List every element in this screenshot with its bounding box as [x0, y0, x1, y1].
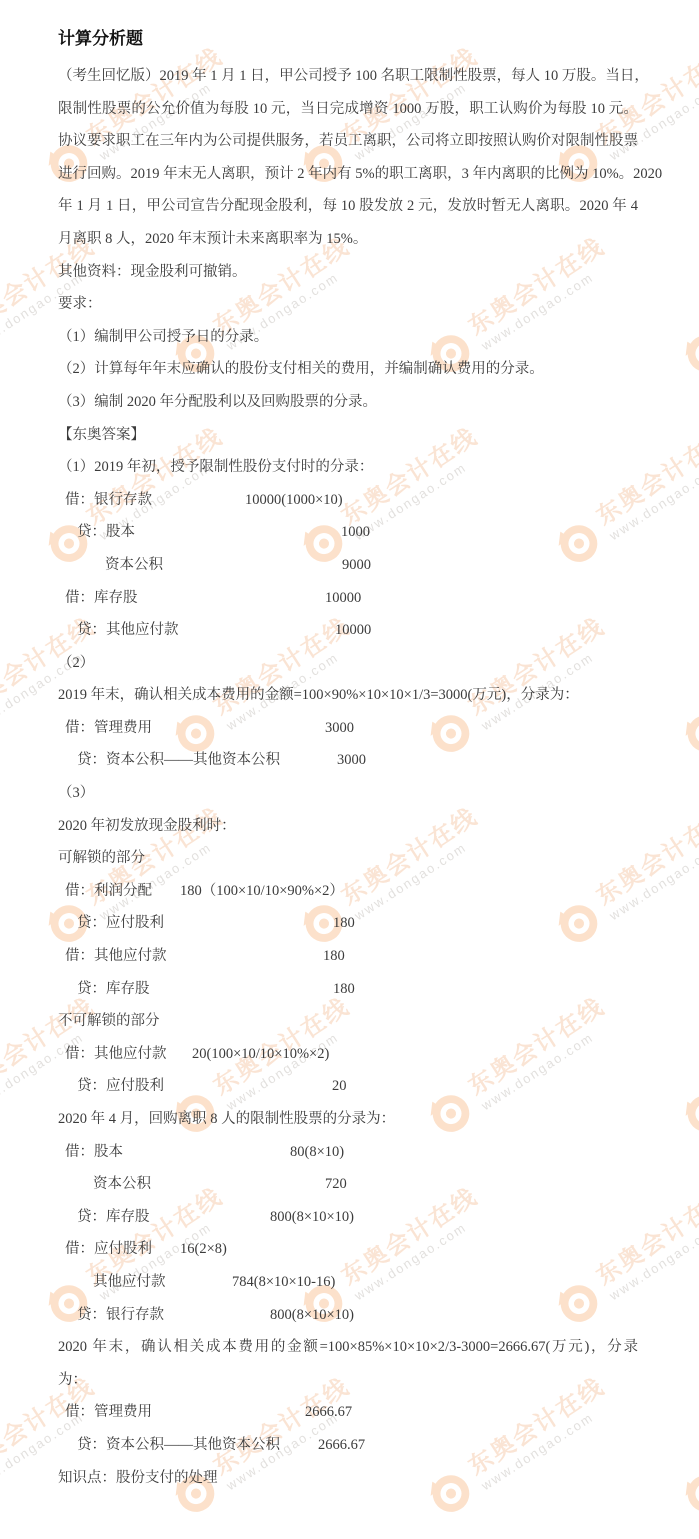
journal-account-label: 借：应付股利	[65, 1241, 152, 1257]
journal-account-label: 借：其他应付款	[65, 1046, 167, 1062]
problem-paragraph-line: 年 1 月 1 日，甲公司宣告分配现金股利，每 10 股发放 2 元，发放时暂无…	[0, 190, 699, 223]
journal-amount: 16(2×8)	[180, 1233, 227, 1266]
problem-paragraph-line: 协议要求职工在三年内为公司提供服务，若员工离职，公司将立即按照认购价对限制性股票	[0, 125, 699, 158]
journal-row: 其他应付款 784(8×10×10-16)	[0, 1266, 699, 1299]
journal-row: 借：银行存款 10000(1000×10)	[0, 484, 699, 517]
journal-amount: 2666.67	[318, 1429, 365, 1462]
journal-row: 贷：应付股利 20	[0, 1070, 699, 1103]
calc-2020-line1: 2020 年末，确认相关成本费用的金额=100×85%×10×10×2/3-30…	[0, 1331, 699, 1364]
journal-amount: 10000(1000×10)	[245, 484, 343, 517]
journal-account-label: 贷：股本	[77, 524, 135, 540]
journal-row: 借：利润分配 180（100×10/10×90%×2）	[0, 875, 699, 908]
journal-row: 贷：股本 1000	[0, 516, 699, 549]
journal-account-label: 贷：资本公积——其他资本公积	[77, 752, 280, 768]
journal-row: 借：库存股 10000	[0, 582, 699, 615]
journal-row: 借：管理费用 3000	[0, 712, 699, 745]
journal-amount: 9000	[342, 549, 371, 582]
watermark-tile: 东奥会计在线www.dongao.com	[156, 0, 387, 14]
journal-row: 贷：库存股 800(8×10×10)	[0, 1201, 699, 1234]
requirement-item: （2）计算每年年末应确认的股份支付相关的费用，并编制确认费用的分录。	[0, 353, 699, 386]
journal-row: 借：其他应付款 180	[0, 940, 699, 973]
dongao-logo-icon	[418, 0, 479, 3]
problem-paragraph-line: 进行回购。2019 年末无人离职，预计 2 年内有 5%的职工离职，3 年内离职…	[0, 158, 699, 191]
journal-account-label: 贷：资本公积——其他资本公积	[77, 1437, 280, 1453]
journal-amount: 3000	[325, 712, 354, 745]
journal-row: 贷：银行存款 800(8×10×10)	[0, 1299, 699, 1332]
answer-header: 【东奥答案】	[0, 419, 699, 452]
journal-row: 贷：资本公积——其他资本公积 3000	[0, 744, 699, 777]
journal-account-label: 借：其他应付款	[65, 948, 167, 964]
repurchase-intro-line: 2020 年 4 月，回购离职 8 人的限制性股票的分录为：	[0, 1103, 699, 1136]
journal-amount: 800(8×10×10)	[270, 1201, 354, 1234]
journal-amount: 180	[333, 973, 355, 1006]
journal-amount: 180	[323, 940, 345, 973]
requirement-item: （3）编制 2020 年分配股利以及回购股票的分录。	[0, 386, 699, 419]
dongao-logo-icon	[673, 0, 699, 3]
watermark-tile: 东奥会计在线www.dongao.com	[666, 0, 699, 14]
journal-amount: 80(8×10)	[290, 1136, 344, 1169]
journal-account-label: 资本公积	[93, 1176, 151, 1192]
section-label-part2: （2）	[0, 647, 699, 680]
journal-account-label: 资本公积	[105, 557, 163, 573]
journal-account-label: 借：管理费用	[65, 720, 152, 736]
dividend-intro-line: 2020 年初发放现金股利时：	[0, 810, 699, 843]
journal-row: 借：应付股利 16(2×8)	[0, 1233, 699, 1266]
journal-row: 借：其他应付款 20(100×10/10×10%×2)	[0, 1038, 699, 1071]
journal-amount: 1000	[341, 516, 370, 549]
journal-account-label: 贷：库存股	[77, 1209, 150, 1225]
journal-account-label: 贷：应付股利	[77, 1078, 164, 1094]
journal-account-label: 借：库存股	[65, 590, 138, 606]
journal-row: 资本公积 9000	[0, 549, 699, 582]
section-label-part3: （3）	[0, 777, 699, 810]
journal-row: 贷：资本公积——其他资本公积 2666.67	[0, 1429, 699, 1462]
journal-account-label: 贷：库存股	[77, 981, 150, 997]
other-info-line: 其他资料：现金股利可撤销。	[0, 256, 699, 289]
journal-row: 借：管理费用 2666.67	[0, 1396, 699, 1429]
journal-amount: 720	[325, 1168, 347, 1201]
calc-2019-line: 2019 年末，确认相关成本费用的金额=100×90%×10×10×1/3=30…	[0, 679, 699, 712]
journal-amount: 784(8×10×10-16)	[232, 1266, 335, 1299]
calc-2020-line2: 为：	[0, 1364, 699, 1397]
requirements-label: 要求：	[0, 288, 699, 321]
journal-account-label: 其他应付款	[93, 1274, 166, 1290]
journal-row: 贷：库存股 180	[0, 973, 699, 1006]
watermark-tile: 东奥会计在线www.dongao.com	[411, 0, 642, 14]
journal-amount: 3000	[337, 744, 366, 777]
journal-row: 资本公积 720	[0, 1168, 699, 1201]
journal-amount: 180	[333, 907, 355, 940]
knowledge-point: 知识点：股份支付的处理	[0, 1462, 699, 1495]
journal-row: 借：股本 80(8×10)	[0, 1136, 699, 1169]
journal-amount: 20	[332, 1070, 347, 1103]
unlockable-label: 可解锁的部分	[0, 842, 699, 875]
problem-paragraph-line: （考生回忆版）2019 年 1 月 1 日，甲公司授予 100 名职工限制性股票…	[0, 60, 699, 93]
journal-account-label: 借：银行存款	[65, 492, 152, 508]
problem-paragraph-line: 月离职 8 人，2020 年末预计未来离职率为 15%。	[0, 223, 699, 256]
journal-account-label: 贷：银行存款	[77, 1307, 164, 1323]
dongao-logo-icon	[163, 0, 224, 3]
document-content: 计算分析题 （考生回忆版）2019 年 1 月 1 日，甲公司授予 100 名职…	[0, 26, 699, 1494]
journal-amount: 10000	[335, 614, 371, 647]
journal-amount: 180（100×10/10×90%×2）	[180, 875, 344, 908]
journal-amount: 20(100×10/10×10%×2)	[192, 1038, 329, 1071]
requirement-item: （1）编制甲公司授予日的分录。	[0, 321, 699, 354]
journal-account-label: 借：股本	[65, 1144, 123, 1160]
journal-account-label: 贷：其他应付款	[77, 622, 179, 638]
journal-account-label: 借：管理费用	[65, 1404, 152, 1420]
journal-row: 贷：其他应付款 10000	[0, 614, 699, 647]
journal-account-label: 贷：应付股利	[77, 915, 164, 931]
problem-paragraph-line: 限制性股票的公允价值为每股 10 元，当日完成增资 1000 万股，职工认购价为…	[0, 93, 699, 126]
doc-title: 计算分析题	[0, 26, 699, 60]
non-unlockable-label: 不可解锁的部分	[0, 1005, 699, 1038]
journal-row: 贷：应付股利 180	[0, 907, 699, 940]
watermark-tile: 东奥会计在线www.dongao.com	[0, 0, 132, 14]
journal-account-label: 借：利润分配	[65, 883, 152, 899]
journal-amount: 2666.67	[305, 1396, 352, 1429]
document-page: 东奥会计在线www.dongao.com东奥会计在线www.dongao.com…	[0, 0, 699, 1539]
journal-amount: 800(8×10×10)	[270, 1299, 354, 1332]
section-intro-part1: （1）2019 年初，授予限制性股份支付时的分录：	[0, 451, 699, 484]
journal-amount: 10000	[325, 582, 361, 615]
